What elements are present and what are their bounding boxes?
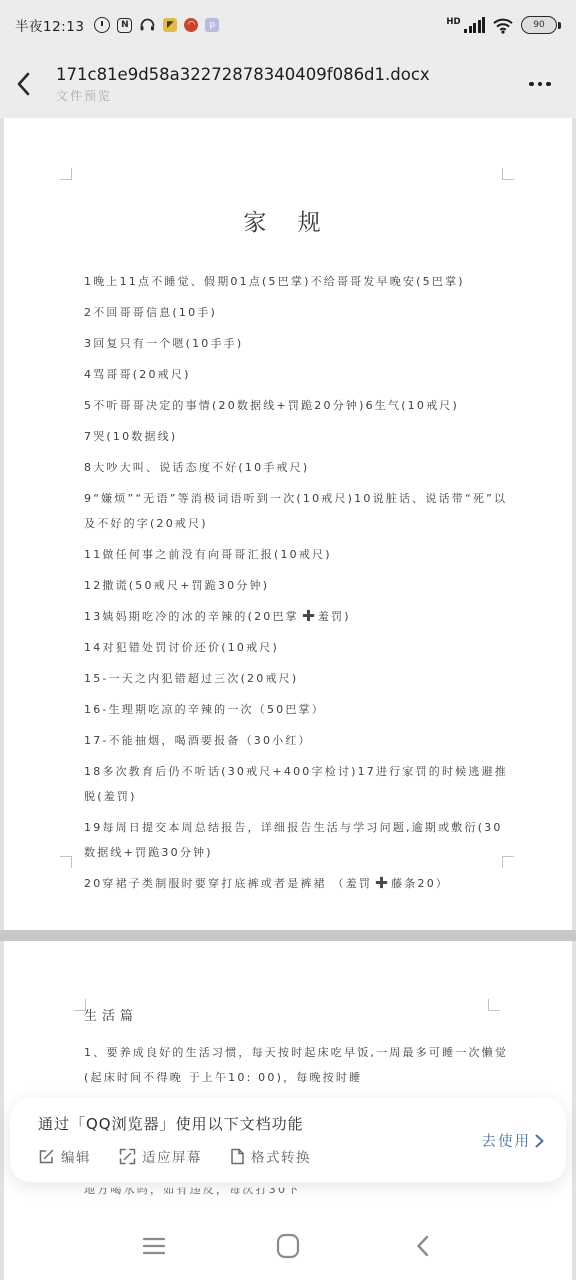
menu-icon — [142, 1237, 166, 1255]
rule-line-11: 11做任何事之前没有向哥哥汇报(10戒尺) — [84, 542, 514, 567]
rule-line-3: 3回复只有一个嗯(10手手) — [84, 331, 514, 356]
edit-icon — [38, 1148, 55, 1165]
rule-line-4: 4骂哥哥(20戒尺) — [84, 362, 514, 387]
back-chevron-icon — [415, 1234, 429, 1258]
go-use-link[interactable]: 去使用 — [482, 1130, 545, 1151]
promo-title: 通过「QQ浏览器」使用以下文档功能 — [38, 1113, 546, 1134]
hd-label: HD — [446, 17, 460, 27]
rule-line-2: 2不回哥哥信息(10手) — [84, 300, 514, 325]
rule-line-13: 13姨妈期吃冷的冰的辛辣的(20巴掌羞罚) — [84, 604, 514, 629]
rule-line-8: 8大吵大叫、说话态度不好(10手戒尺) — [84, 455, 514, 480]
crop-mark — [60, 856, 72, 868]
section-heading: 生活篇 — [84, 1005, 514, 1024]
rules-list: 1晚上11点不睡觉、假期01点(5巴掌)不给哥哥发早晚安(5巴掌) 2不回哥哥信… — [84, 269, 514, 896]
rule-line-7: 7哭(10数据线) — [84, 424, 514, 449]
header-title-block: 171c81e9d58a32272878340409f086d1.docx 文件… — [50, 65, 520, 104]
status-right-icons: HD 90 — [446, 16, 561, 34]
chevron-left-icon — [16, 72, 30, 96]
alarm-icon — [94, 17, 110, 33]
home-nav-button[interactable] — [271, 1229, 305, 1263]
life-section: 生活篇 1、要养成良好的生活习惯，每天按时起床吃早饭,一周最多可睡一次懒觉(起床… — [4, 941, 572, 1090]
crop-mark — [60, 168, 72, 180]
back-nav-button[interactable] — [405, 1229, 439, 1263]
app-badge-purple-icon: p — [205, 18, 219, 32]
edit-label: 编辑 — [61, 1146, 91, 1166]
life-rule-paragraph: 1、要养成良好的生活习惯，每天按时起床吃早饭,一周最多可睡一次懒觉(起床时间不得… — [84, 1040, 514, 1090]
battery-icon: 90 — [521, 16, 561, 34]
chevron-right-icon — [535, 1134, 544, 1148]
rule-line-16: 16-生理期吃凉的辛辣的一次（50巴掌） — [84, 697, 514, 722]
fit-screen-icon — [119, 1148, 136, 1165]
rule-line-1: 1晚上11点不睡觉、假期01点(5巴掌)不给哥哥发早晚安(5巴掌) — [84, 269, 514, 294]
crop-mark — [502, 856, 514, 868]
rule-line-19: 19每周日提交本周总结报告，详细报告生活与学习问题,逾期或敷衍(30数据线+罚跪… — [84, 815, 514, 865]
document-icon — [230, 1148, 245, 1165]
rule-line-20: 20穿裙子类制服时要穿打底裤或者是裤裙 （羞罚藤条20） — [84, 871, 514, 896]
edit-action-button[interactable]: 编辑 — [38, 1146, 91, 1166]
format-convert-action-button[interactable]: 格式转换 — [230, 1146, 311, 1166]
rule-line-17: 17-不能抽烟，喝酒要报备（30小红） — [84, 728, 514, 753]
file-preview-label: 文件预览 — [56, 87, 520, 104]
clock-text: 半夜12:13 — [15, 15, 84, 35]
navigation-bar — [0, 1222, 576, 1270]
more-dots-icon — [529, 82, 534, 87]
rule-line-9-10: 9“嫌烦”“无语”等消极词语听到一次(10戒尺)10说脏话、说话带“死”以及不好… — [84, 486, 514, 536]
crop-mark — [488, 999, 500, 1011]
crop-mark — [74, 999, 86, 1011]
plus-icon — [375, 873, 388, 886]
rule-line-12: 12撒谎(50戒尺+罚跪30分钟) — [84, 573, 514, 598]
app-header: 171c81e9d58a32272878340409f086d1.docx 文件… — [0, 50, 576, 118]
rule-line-18: 18多次教育后仍不听话(30戒尺+400字检讨)17进行家罚的时候逃避推脱(羞罚… — [84, 759, 514, 809]
notification-icons: N ◤ ◠ p — [94, 17, 219, 33]
document-title: 家 规 — [4, 204, 572, 237]
page-break-divider — [0, 930, 576, 941]
qq-browser-promo-card: 通过「QQ浏览器」使用以下文档功能 编辑 适应屏幕 格式转换 去使用 — [10, 1098, 566, 1182]
format-convert-label: 格式转换 — [251, 1146, 311, 1166]
fit-screen-action-button[interactable]: 适应屏幕 — [119, 1146, 202, 1166]
home-icon — [276, 1233, 300, 1259]
wifi-icon — [492, 17, 514, 34]
crop-mark — [502, 168, 514, 180]
app-badge-yellow-icon: ◤ — [163, 18, 177, 32]
promo-actions: 编辑 适应屏幕 格式转换 — [38, 1146, 546, 1166]
headset-icon — [139, 17, 156, 33]
signal-strength-icon: HD — [446, 17, 485, 33]
document-page-1: 家 规 1晚上11点不睡觉、假期01点(5巴掌)不给哥哥发早晚安(5巴掌) 2不… — [4, 118, 572, 930]
document-filename: 171c81e9d58a32272878340409f086d1.docx — [56, 65, 520, 84]
plus-icon — [302, 606, 315, 619]
status-bar: 半夜12:13 N ◤ ◠ p HD 90 — [0, 0, 576, 50]
fit-screen-label: 适应屏幕 — [142, 1146, 202, 1166]
battery-percent: 90 — [533, 20, 544, 30]
app-badge-red-icon: ◠ — [184, 18, 198, 32]
nfc-icon: N — [117, 18, 132, 33]
rule-line-5: 5不听哥哥决定的事情(20数据线+罚跪20分钟)6生气(10戒尺) — [84, 393, 514, 418]
more-menu-button[interactable] — [520, 64, 560, 104]
rule-line-14: 14对犯错处罚讨价还价(10戒尺) — [84, 635, 514, 660]
go-use-label: 去使用 — [482, 1130, 532, 1151]
phone-screen: 半夜12:13 N ◤ ◠ p HD 90 171c81e9d58a3 — [0, 0, 576, 1280]
menu-nav-button[interactable] — [137, 1229, 171, 1263]
rule-line-15: 15-一天之内犯错超过三次(20戒尺) — [84, 666, 514, 691]
back-button[interactable] — [16, 64, 50, 104]
